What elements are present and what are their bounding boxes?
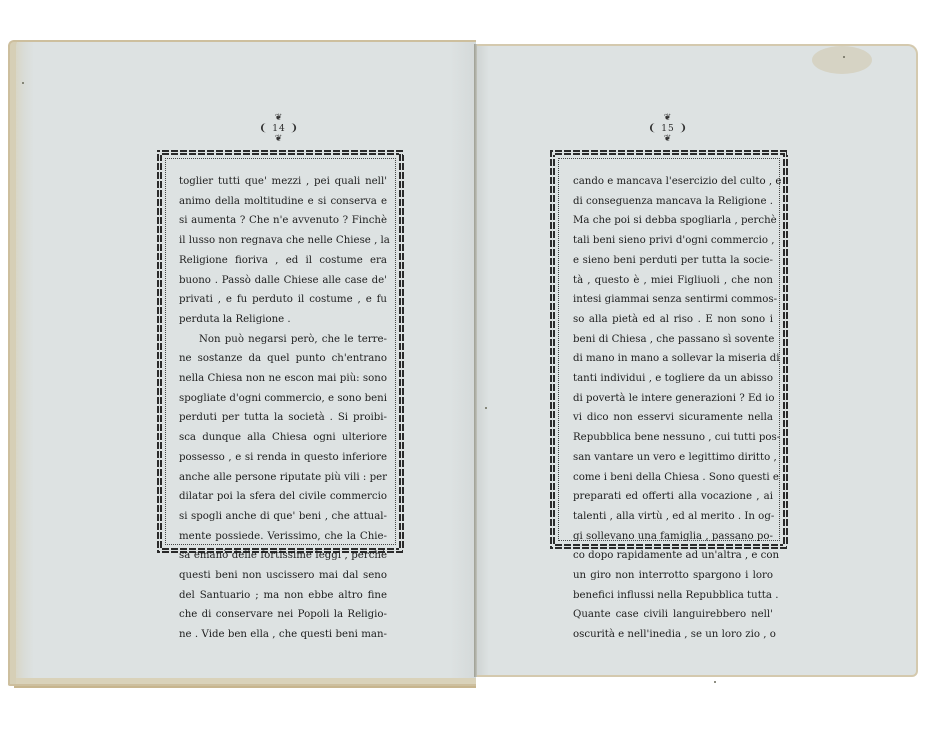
text-line: di conseguenza mancava la Religione . [573,192,773,212]
text-line: beni di Chiesa , che passano sì sovente [573,330,773,350]
text-line: che di conservare nei Popoli la Religio- [179,605,387,625]
text-line: possesso , e si renda in questo inferior… [179,448,387,468]
left-page-text: toglier tutti que' mezzi , pei quali nel… [179,172,387,645]
ornament-top-icon: ❦ [638,114,698,123]
text-line: preparati ed offerti alla vocazione , ai [573,487,773,507]
right-page-text: cando e mancava l'esercizio del culto , … [573,172,773,645]
text-line: ne . Vide ben ella , che questi beni man… [179,625,387,645]
curl-left-icon: ❨ [259,123,268,134]
text-line: sca dunque alla Chiesa ogni ulteriore [179,428,387,448]
paper-stain [812,46,872,74]
text-line: Non può negarsi però, che le terre- [179,330,387,350]
left-page-number: 14 [272,124,285,134]
text-line: cando e mancava l'esercizio del culto , … [573,172,773,192]
paper-speck [843,56,845,58]
text-line: buono . Passò dalle Chiese alle case de' [179,271,387,291]
text-line: tanti individui , e togliere da un abiss… [573,369,773,389]
text-line: si spogli anche di que' beni , che attua… [179,507,387,527]
text-line: spogliate d'ogni commercio, e sono beni [179,389,387,409]
text-line: dilatar poi la sfera del civile commerci… [179,487,387,507]
text-line: nella Chiesa non ne escon mai più: sono [179,369,387,389]
text-line: gi sollevano una famiglia , passano po- [573,527,773,547]
right-page-number: 15 [661,124,674,134]
text-line: di povertà le intere generazioni ? Ed io [573,389,773,409]
text-line: Quante case civili languirebbero nell' [573,605,773,625]
text-line: vi dico non esservi sicuramente nella [573,408,773,428]
text-line: di mano in mano a sollevar la miseria di [573,349,773,369]
text-line: Religione fioriva , ed il costume era [179,251,387,271]
text-line: oscurità e nell'inedia , se un loro zio … [573,625,773,645]
text-line: anche alle persone riputate più vili : p… [179,468,387,488]
left-page-number-ornament: ❦ ❨ 14 ❩ ❦ [249,114,309,150]
text-line: toglier tutti que' mezzi , pei quali nel… [179,172,387,192]
paper-speck [22,82,24,84]
book-gutter [474,44,477,677]
ornament-bottom-icon: ❦ [249,135,309,144]
text-line: sa emanò delle fortissime leggi , perchè [179,546,387,566]
text-line: Repubblica bene nessuno , cui tutti pos- [573,428,773,448]
text-line: animo della moltitudine e si conserva e [179,192,387,212]
open-book: ❦ ❨ 14 ❩ ❦ ❦ ❨ 15 ❩ ❦ toglier tutti que'… [0,0,931,750]
paper-speck [485,407,487,409]
text-line: perduta la Religione . [179,310,387,330]
text-line: il lusso non regnava che nelle Chiese , … [179,231,387,251]
text-line: Ma che poi si debba spogliarla , perchè [573,211,773,231]
paper-speck [714,681,716,683]
text-line: privati , e fu perduto il costume , e fu [179,290,387,310]
text-line: tali beni sieno privi d'ogni commercio , [573,231,773,251]
text-line: si aumenta ? Che n'e avvenuto ? Finchè [179,211,387,231]
text-line: mente possiede. Verissimo, che la Chie- [179,527,387,547]
text-line: talenti , alla virtù , ed al merito . In… [573,507,773,527]
text-line: questi beni non uscissero mai dal seno [179,566,387,586]
text-line: un giro non interrotto spargono i loro [573,566,773,586]
text-line: ne sostanze da quel punto ch'entrano [179,349,387,369]
text-line: tà , questo è , miei Figliuoli , che non [573,271,773,291]
text-line: co dopo rapidamente ad un'altra , e con [573,546,773,566]
text-line: so alla pietà ed al riso . E non sono i [573,310,773,330]
curl-right-icon: ❩ [290,123,299,134]
curl-left-icon: ❨ [648,123,657,134]
curl-right-icon: ❩ [679,123,688,134]
text-line: intesi giammai senza sentirmi commos- [573,290,773,310]
ornament-bottom-icon: ❦ [638,135,698,144]
text-line: benefici influssi nella Repubblica tutta… [573,586,773,606]
text-line: e sieno beni perduti per tutta la socie- [573,251,773,271]
text-line: del Santuario ; ma non ebbe altro fine [179,586,387,606]
text-line: perduti per tutta la società . Si proibi… [179,408,387,428]
right-page-number-ornament: ❦ ❨ 15 ❩ ❦ [638,114,698,150]
ornament-top-icon: ❦ [249,114,309,123]
text-line: san vantare un vero e legittimo diritto … [573,448,773,468]
text-line: come i beni della Chiesa . Sono questi e [573,468,773,488]
